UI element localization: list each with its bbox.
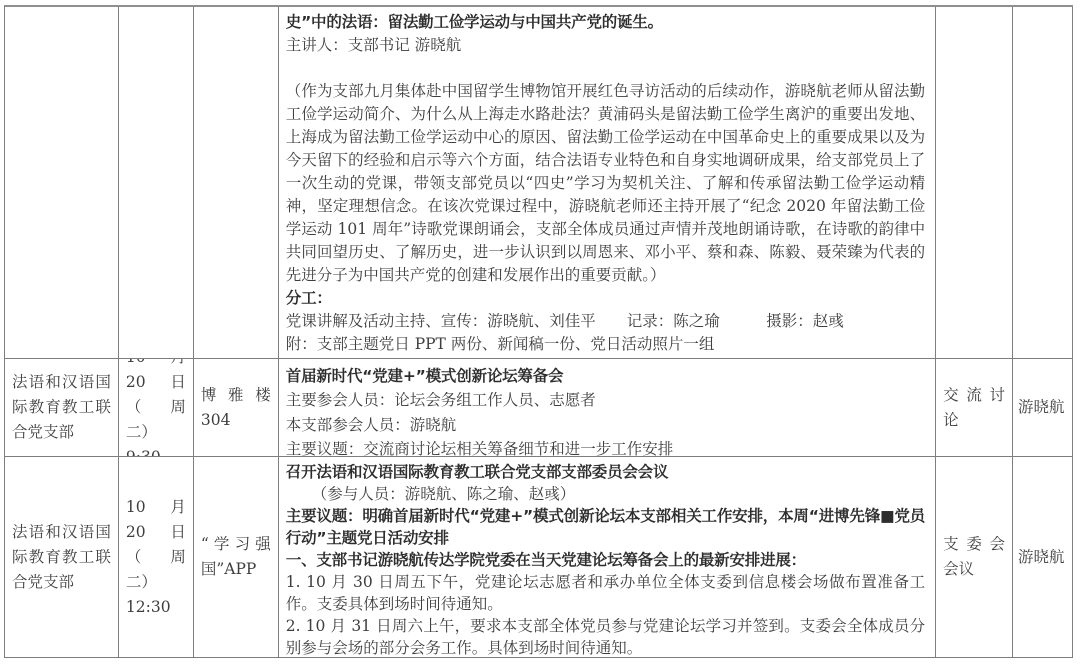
- blank-line: [286, 57, 925, 80]
- format-cell: [936, 7, 1013, 359]
- content-cell: 首届新时代“党建+”模式创新论坛筹备会 主要参会人员：论坛会务组工作人员、志愿者…: [279, 359, 936, 457]
- division-detail-line: 党课讲解及活动主持、宣传：游晓航、刘佳平 记录：陈之瑜 摄影：赵彧: [286, 310, 925, 333]
- format-cell: 交流讨论: [936, 359, 1013, 457]
- division-label-line: 分工：: [286, 287, 925, 310]
- agenda-item-2: 2. 10 月 31 日周六上午，要求本支部全体党员参与党建论坛学习并签到。支委…: [286, 615, 925, 658]
- branch-cell: 法语和汉语国际教育教工联合党支部: [5, 359, 119, 457]
- table-row: 法语和汉语国际教育教工联合党支部 10 月 20 日（周二） 9:30 博雅楼 …: [5, 359, 1073, 457]
- leader-cell: [1013, 7, 1073, 359]
- lecture-description-paragraph: （作为支部九月集体赴中国留学生博物馆开展红色寻访活动的后续动作，游晓航老师从留法…: [286, 80, 925, 287]
- content-cell: 召开法语和汉语国际教育教工联合党支部支部委员会会议 （参与人员：游晓航、陈之瑜、…: [279, 457, 936, 658]
- meeting-title-line: 召开法语和汉语国际教育教工联合党支部支部委员会会议: [286, 461, 925, 483]
- leader-cell: 游晓航: [1013, 457, 1073, 658]
- format-cell: 支委会会议: [936, 457, 1013, 658]
- lecture-title-line: 史”中的法语：留法勤工俭学运动与中国共产党的诞生。: [286, 11, 925, 34]
- table-row: 法语和汉语国际教育教工联合党支部 10 月 20 日（周二） 12:30 “学习…: [5, 457, 1073, 658]
- content-cell: 史”中的法语：留法勤工俭学运动与中国共产党的诞生。 主讲人：支部书记 游晓航 （…: [279, 7, 936, 359]
- time-cell: [119, 7, 194, 359]
- topic-line: 主要议题：明确首届新时代“党建+”模式创新论坛本支部相关工作安排，本周“进博先锋…: [286, 505, 925, 549]
- event-title-line: 首届新时代“党建+”模式创新论坛筹备会: [286, 363, 925, 388]
- agenda-item-1: 1. 10 月 30 日周五下午，党建论坛志愿者和承办单位全体支委到信息楼会场做…: [286, 571, 925, 615]
- speaker-line: 主讲人：支部书记 游晓航: [286, 34, 925, 57]
- time-cell: 10 月 20 日（周二） 9:30: [119, 359, 194, 457]
- branch-cell: [5, 7, 119, 359]
- location-cell: “学习强国”APP: [194, 457, 279, 658]
- section-heading-line: 一、支部书记游晓航传达学院党委在当天党建论坛筹备会上的最新安排进展：: [286, 549, 925, 571]
- leader-cell: 游晓航: [1013, 359, 1073, 457]
- branch-participants-line: 本支部参会人员：游晓航: [286, 412, 925, 437]
- location-cell: [194, 7, 279, 359]
- time-cell: 10 月 20 日（周二） 12:30: [119, 457, 194, 658]
- table-row: 史”中的法语：留法勤工俭学运动与中国共产党的诞生。 主讲人：支部书记 游晓航 （…: [5, 7, 1073, 359]
- participants-line: （参与人员：游晓航、陈之瑜、赵彧）: [286, 483, 925, 505]
- location-cell: 博雅楼 304: [194, 359, 279, 457]
- meeting-record-table: 史”中的法语：留法勤工俭学运动与中国共产党的诞生。 主讲人：支部书记 游晓航 （…: [4, 5, 1073, 658]
- participants-line: 主要参会人员：论坛会务组工作人员、志愿者: [286, 388, 925, 413]
- attachment-line: 附：支部主题党日 PPT 两份、新闻稿一份、党日活动照片一组: [286, 333, 925, 356]
- scanned-meeting-record-page: 史”中的法语：留法勤工俭学运动与中国共产党的诞生。 主讲人：支部书记 游晓航 （…: [0, 0, 1080, 664]
- topic-line: 主要议题：交流商讨论坛相关筹备细节和进一步工作安排: [286, 437, 925, 458]
- branch-cell: 法语和汉语国际教育教工联合党支部: [5, 457, 119, 658]
